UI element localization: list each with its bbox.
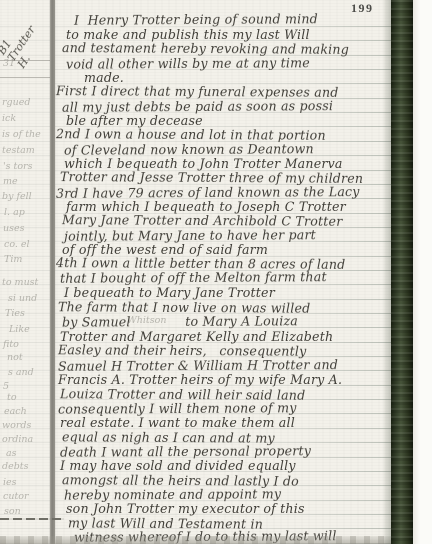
manuscript-line: void all other wills by me at any time — [66, 56, 310, 70]
manuscript-line: jointly, but Mary Jane to have her part — [64, 228, 316, 243]
manuscript-line: death I want all the personal property — [60, 444, 311, 459]
manuscript-line: by Samuel to Mary A Louiza — [62, 314, 298, 328]
manuscript-line: which I bequeath to John Trotter Manerva — [64, 157, 343, 170]
bleed-through-fragment: Tim — [4, 254, 22, 265]
bleed-through-fragment: debts — [2, 461, 28, 472]
manuscript-line: and testament hereby revoking and making — [62, 41, 349, 56]
bleed-through-fragment: by fell — [2, 191, 32, 202]
manuscript-line: Francis A. Trotter heirs of my wife Mary… — [58, 373, 342, 386]
margin-dashed-line — [0, 518, 64, 520]
manuscript-line: of Cleveland now known as Deantown — [64, 142, 314, 157]
bleed-through-fragment: not — [7, 352, 23, 363]
bleed-through-fragment: s and — [8, 367, 34, 378]
bleed-through-fragment: 5 — [3, 381, 9, 392]
manuscript-line: Trotter and Jesse Trotter three of my ch… — [60, 170, 363, 185]
manuscript-line: to make and publish this my last Will — [66, 28, 310, 41]
bleed-through-fragment: l. ap — [4, 207, 25, 218]
manuscript-line: I Henry Trotter being of sound mind — [74, 12, 318, 26]
scanned-will-page: B1 Trotter H. 31rguedickis of thetestam'… — [0, 0, 432, 544]
bleed-through-fragment: fito — [3, 339, 19, 350]
manuscript-line: made. — [84, 71, 124, 84]
gutter-shadow — [382, 0, 391, 544]
margin-horizontal-line — [0, 77, 50, 78]
bleed-through-fragment: testam — [2, 145, 35, 156]
bleed-through-fragment: rgued — [2, 97, 30, 108]
bleed-through-fragment: Like — [9, 324, 30, 335]
manuscript-line: ble after my decease — [66, 114, 203, 127]
manuscript-line: consequently I will them none of my — [58, 401, 297, 415]
bleed-through-fragment: ordina — [2, 434, 33, 445]
page-bottom-edge — [0, 536, 414, 544]
bleed-through-fragment: co. el — [4, 239, 30, 250]
manuscript-line: 2nd I own a house and lot in that portio… — [56, 127, 326, 142]
manuscript-line: hereby nominate and appoint my — [64, 487, 281, 501]
manuscript-line: real estate. I want to make them all — [60, 416, 295, 429]
bleed-through-fragment: me — [3, 176, 18, 187]
manuscript-line: son John Trotter my executor of this — [66, 502, 305, 515]
manuscript-line: of off the west end of said farm — [62, 243, 268, 256]
book-binding-edge — [391, 0, 413, 544]
manuscript-line: Trotter and Margaret Kelly and Elizabeth — [60, 330, 333, 343]
bleed-through-fragment: ies — [3, 477, 17, 488]
manuscript-line: Mary Jane Trotter and Archibold C Trotte… — [62, 213, 343, 228]
manuscript-line: Easley and their heirs, consequently — [58, 343, 306, 358]
bleed-through-fragment: cutor — [3, 491, 29, 502]
bleed-through-fragment: ick — [2, 113, 16, 124]
manuscript-line: equal as nigh as I can and at my — [62, 430, 275, 444]
bleed-through-fragment: words — [2, 420, 31, 431]
left-margin-rule — [50, 0, 55, 544]
bleed-through-fragment: each — [4, 406, 27, 417]
page-number: 199 — [351, 1, 374, 16]
manuscript-line: farm which I bequeath to Joseph C Trotte… — [66, 200, 346, 213]
manuscript-line: 3rd I have 79 acres of land known as the… — [56, 185, 360, 200]
manuscript-line: I may have sold and divided equally — [60, 459, 296, 472]
bleed-through-fragment: uses — [3, 223, 25, 234]
manuscript-line: Samuel H Trotter & William H Trotter and — [58, 358, 338, 373]
bleed-through-fragment: to must — [2, 277, 38, 288]
bleed-through-fragment: to — [7, 392, 17, 403]
manuscript-line: First I direct that my funeral expenses … — [56, 84, 339, 99]
manuscript-line: I bequeath to Mary Jane Trotter — [64, 286, 275, 299]
page-right-edge — [413, 0, 432, 544]
manuscript-line: that I bought of off the Melton farm tha… — [60, 270, 327, 285]
bleed-through-fragment: is of the — [2, 129, 41, 140]
bleed-through-fragment: son — [4, 506, 21, 517]
bleed-through-fragment: as — [6, 448, 17, 459]
manuscript-line: all my just debts be paid as soon as pos… — [62, 99, 333, 114]
bleed-through-fragment: si und — [8, 293, 37, 304]
bleed-through-fragment: 's tors — [3, 161, 32, 172]
bleed-through-fragment: Ties — [5, 308, 25, 319]
